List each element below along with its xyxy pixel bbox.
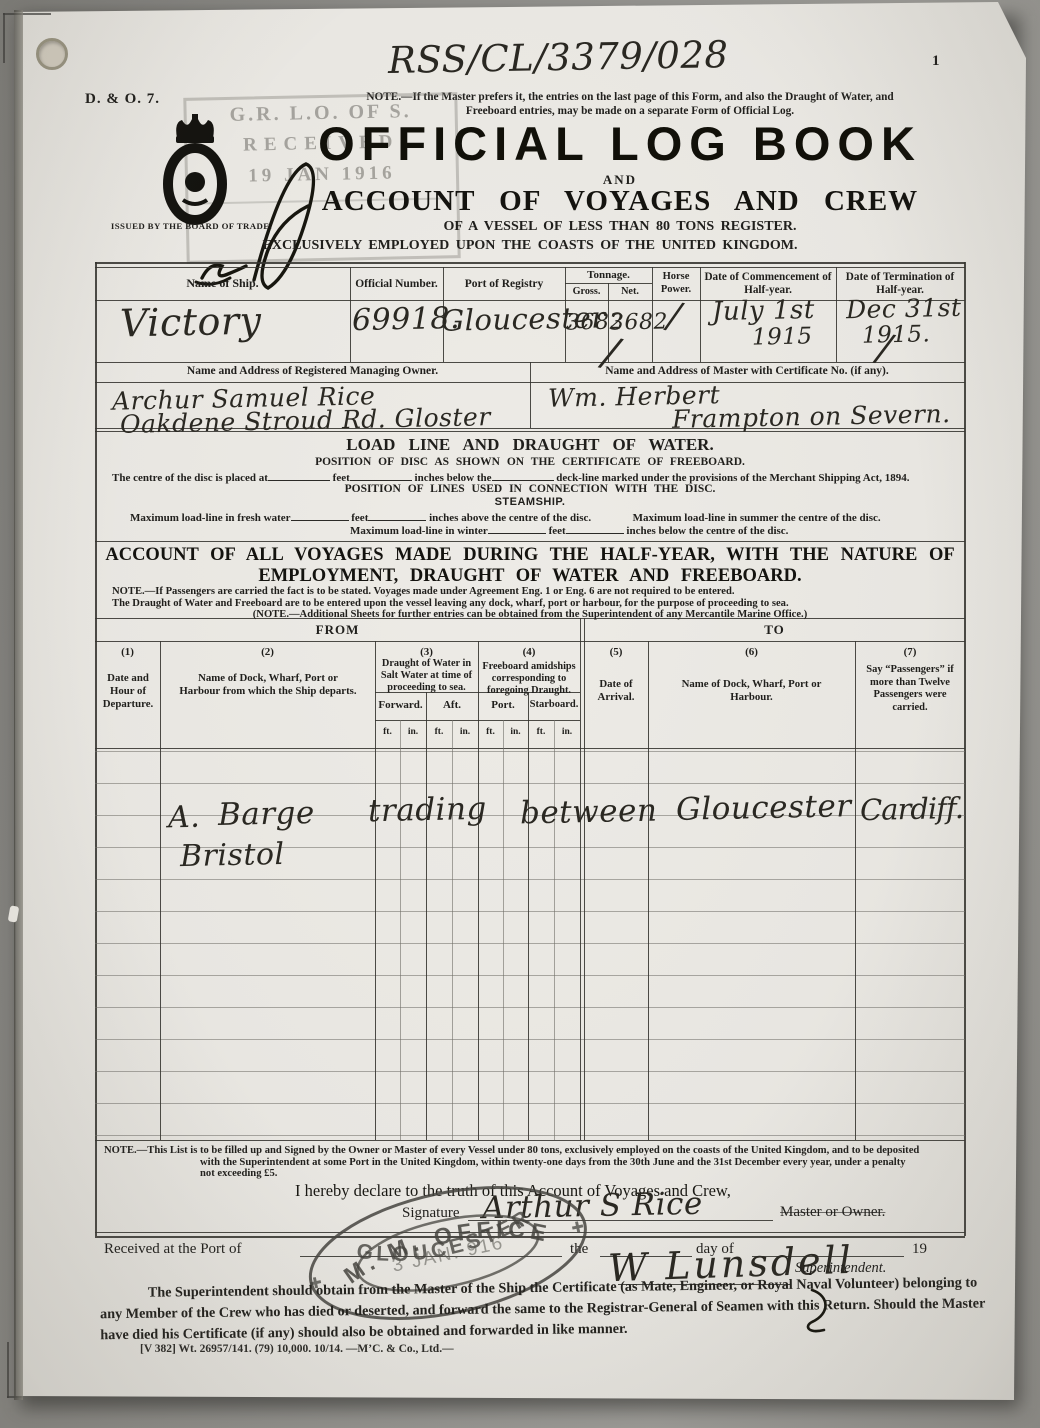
ruled-line	[95, 1007, 965, 1008]
col2-label: Name of Dock, Wharf, Port or Harbour fro…	[178, 672, 358, 698]
value-termination-month: Dec 31st	[846, 293, 962, 324]
voyage-to-header: TO	[584, 622, 965, 638]
grid-line	[554, 720, 555, 1140]
page-number: 1	[932, 52, 940, 70]
col5-label: Date of Arrival.	[588, 678, 644, 704]
grid-line	[528, 692, 529, 1140]
top-note-line2: Freeboard entries, may be made on a sepa…	[466, 105, 794, 117]
entry-word: Bristol	[180, 837, 285, 874]
main-title: OFFICIAL LOG BOOK	[270, 116, 970, 172]
owner-label: Name and Address of Registered Managing …	[95, 365, 530, 379]
subtitle: ACCOUNT OF VOYAGES AND CREW	[270, 184, 970, 219]
account-note3: (NOTE.—Additional Sheets for further ent…	[95, 609, 965, 622]
header-gross: Gross.	[565, 286, 608, 298]
col1-label: Date and Hour of Departure.	[98, 672, 158, 711]
subcol-port: Port.	[478, 699, 528, 712]
grid-line	[160, 641, 161, 1140]
declaration-note3: not exceeding £5.	[200, 1168, 277, 1181]
subcol-starboard: Starboard.	[528, 699, 580, 712]
grid-line	[580, 618, 581, 1140]
unit-in: in.	[503, 727, 528, 738]
ruled-line	[95, 1071, 965, 1072]
ruled-line	[95, 975, 965, 976]
subcol-forward: Forward.	[375, 699, 426, 712]
entry-word: Gloucester	[676, 788, 852, 828]
ruled-line	[95, 943, 965, 944]
grid-line	[375, 641, 376, 1140]
grid-line	[95, 267, 965, 268]
pen-mark	[800, 1288, 842, 1346]
header-port-of-registry: Port of Registry	[443, 278, 565, 292]
col7-number: (7)	[855, 646, 965, 659]
scanned-document-page: RSS/CL/3379/028 1 D. & O. 7. NOTE.—If th…	[0, 0, 1040, 1428]
form-code: D. & O. 7.	[85, 90, 160, 108]
ruled-line	[95, 783, 965, 784]
voyage-from-header: FROM	[95, 622, 580, 638]
coasts-line: EXCLUSIVELY EMPLOYED UPON THE COASTS OF …	[120, 238, 940, 255]
header-name-of-ship: Name of Ship.	[95, 276, 350, 290]
ruled-line	[95, 1135, 965, 1136]
grid-line	[95, 748, 965, 749]
header-official-number: Official Number.	[350, 278, 443, 292]
scanner-mark	[3, 13, 51, 15]
col4-label: Freeboard amidships corresponding to for…	[480, 661, 578, 696]
grid-line	[648, 641, 649, 1140]
grid-line	[95, 541, 965, 542]
entry-word: Cardiff.	[860, 791, 964, 827]
header-net: Net.	[608, 286, 652, 298]
col7-label: Say “Passengers” if more than Twelve Pas…	[858, 664, 962, 714]
loadline-sub1: POSITION OF DISC AS SHOWN ON THE CERTIFI…	[95, 456, 965, 470]
grid-line	[95, 262, 965, 264]
master-or-owner-label: Master or Owner.	[780, 1203, 885, 1221]
value-ship-name: Victory	[120, 299, 262, 346]
loadline-steamship: STEAMSHIP.	[95, 496, 965, 509]
col4-number: (4)	[478, 646, 580, 659]
col3-label: Draught of Water in Salt Water at time o…	[377, 658, 476, 693]
unit-in: in.	[400, 727, 426, 738]
value-commencement-year: 1915	[752, 323, 813, 350]
archive-reference-handwriting: RSS/CL/3379/028	[388, 33, 729, 82]
header-commencement: Date of Commencement of Half-year.	[700, 271, 836, 298]
punch-hole	[36, 38, 68, 70]
scanner-mark	[3, 13, 5, 63]
unit-ft: ft.	[426, 727, 452, 738]
header-horse-power: Horse Power.	[652, 271, 700, 296]
loadline-winter-line: Maximum load-line in winter feet inches …	[350, 522, 788, 538]
entry-word: trading	[368, 791, 488, 829]
col5-number: (5)	[584, 646, 648, 659]
header-tonnage: Tonnage.	[565, 269, 652, 282]
grid-line	[478, 641, 479, 1140]
issued-by-line: ISSUED BY THE BOARD OF TRADE.	[104, 221, 279, 232]
ruled-line	[95, 879, 965, 880]
printer-imprint: [V 382] Wt. 26957/141. (79) 10,000. 10/1…	[140, 1343, 454, 1357]
received-at-port-label: Received at the Port of	[104, 1240, 241, 1258]
binding-edge	[14, 10, 23, 1400]
ruled-line	[95, 1103, 965, 1104]
grid-line	[855, 641, 856, 1140]
grid-line	[584, 618, 585, 1140]
col6-label: Name of Dock, Wharf, Port or Harbour.	[668, 678, 835, 704]
grid-line	[95, 1140, 965, 1141]
grid-line	[503, 720, 504, 1140]
value-commencement-month: July 1st	[712, 295, 815, 327]
received-year-label: 19	[912, 1240, 927, 1258]
loadline-sub2: POSITION OF LINES USED IN CONNECTION WIT…	[95, 483, 965, 497]
master-label: Name and Address of Master with Certific…	[530, 365, 964, 379]
value-termination-year: 1915.	[862, 321, 931, 348]
vessel-line: OF A VESSEL OF LESS THAN 80 TONS REGISTE…	[270, 219, 970, 236]
account-title-line2: EMPLOYMENT, DRAUGHT OF WATER AND FREEBOA…	[95, 565, 965, 587]
subcol-aft: Aft.	[426, 699, 478, 712]
unit-in: in.	[452, 727, 478, 738]
ruled-line	[95, 1039, 965, 1040]
entry-word: A.	[168, 800, 201, 836]
unit-ft: ft.	[478, 727, 503, 738]
entry-word: Barge	[218, 795, 316, 833]
col1-number: (1)	[95, 646, 160, 659]
unit-ft: ft.	[528, 727, 554, 738]
unit-in: in.	[554, 727, 580, 738]
master-address-handwriting: Frampton on Severn.	[672, 399, 951, 434]
grid-line	[95, 641, 965, 642]
account-title-line1: ACCOUNT OF ALL VOYAGES MADE DURING THE H…	[95, 544, 965, 566]
unit-ft: ft.	[375, 727, 400, 738]
grid-line	[452, 720, 453, 1140]
col6-number: (6)	[648, 646, 855, 659]
grid-line	[426, 692, 427, 1140]
ruled-line	[95, 751, 965, 752]
ruled-line	[95, 911, 965, 912]
col2-number: (2)	[160, 646, 375, 659]
entry-word: between	[520, 793, 658, 832]
loadline-title: LOAD LINE AND DRAUGHT OF WATER.	[95, 435, 965, 455]
scanner-mark	[7, 1342, 9, 1398]
superintendent-label: Superintendent.	[795, 1260, 886, 1277]
grid-line	[400, 720, 401, 1140]
